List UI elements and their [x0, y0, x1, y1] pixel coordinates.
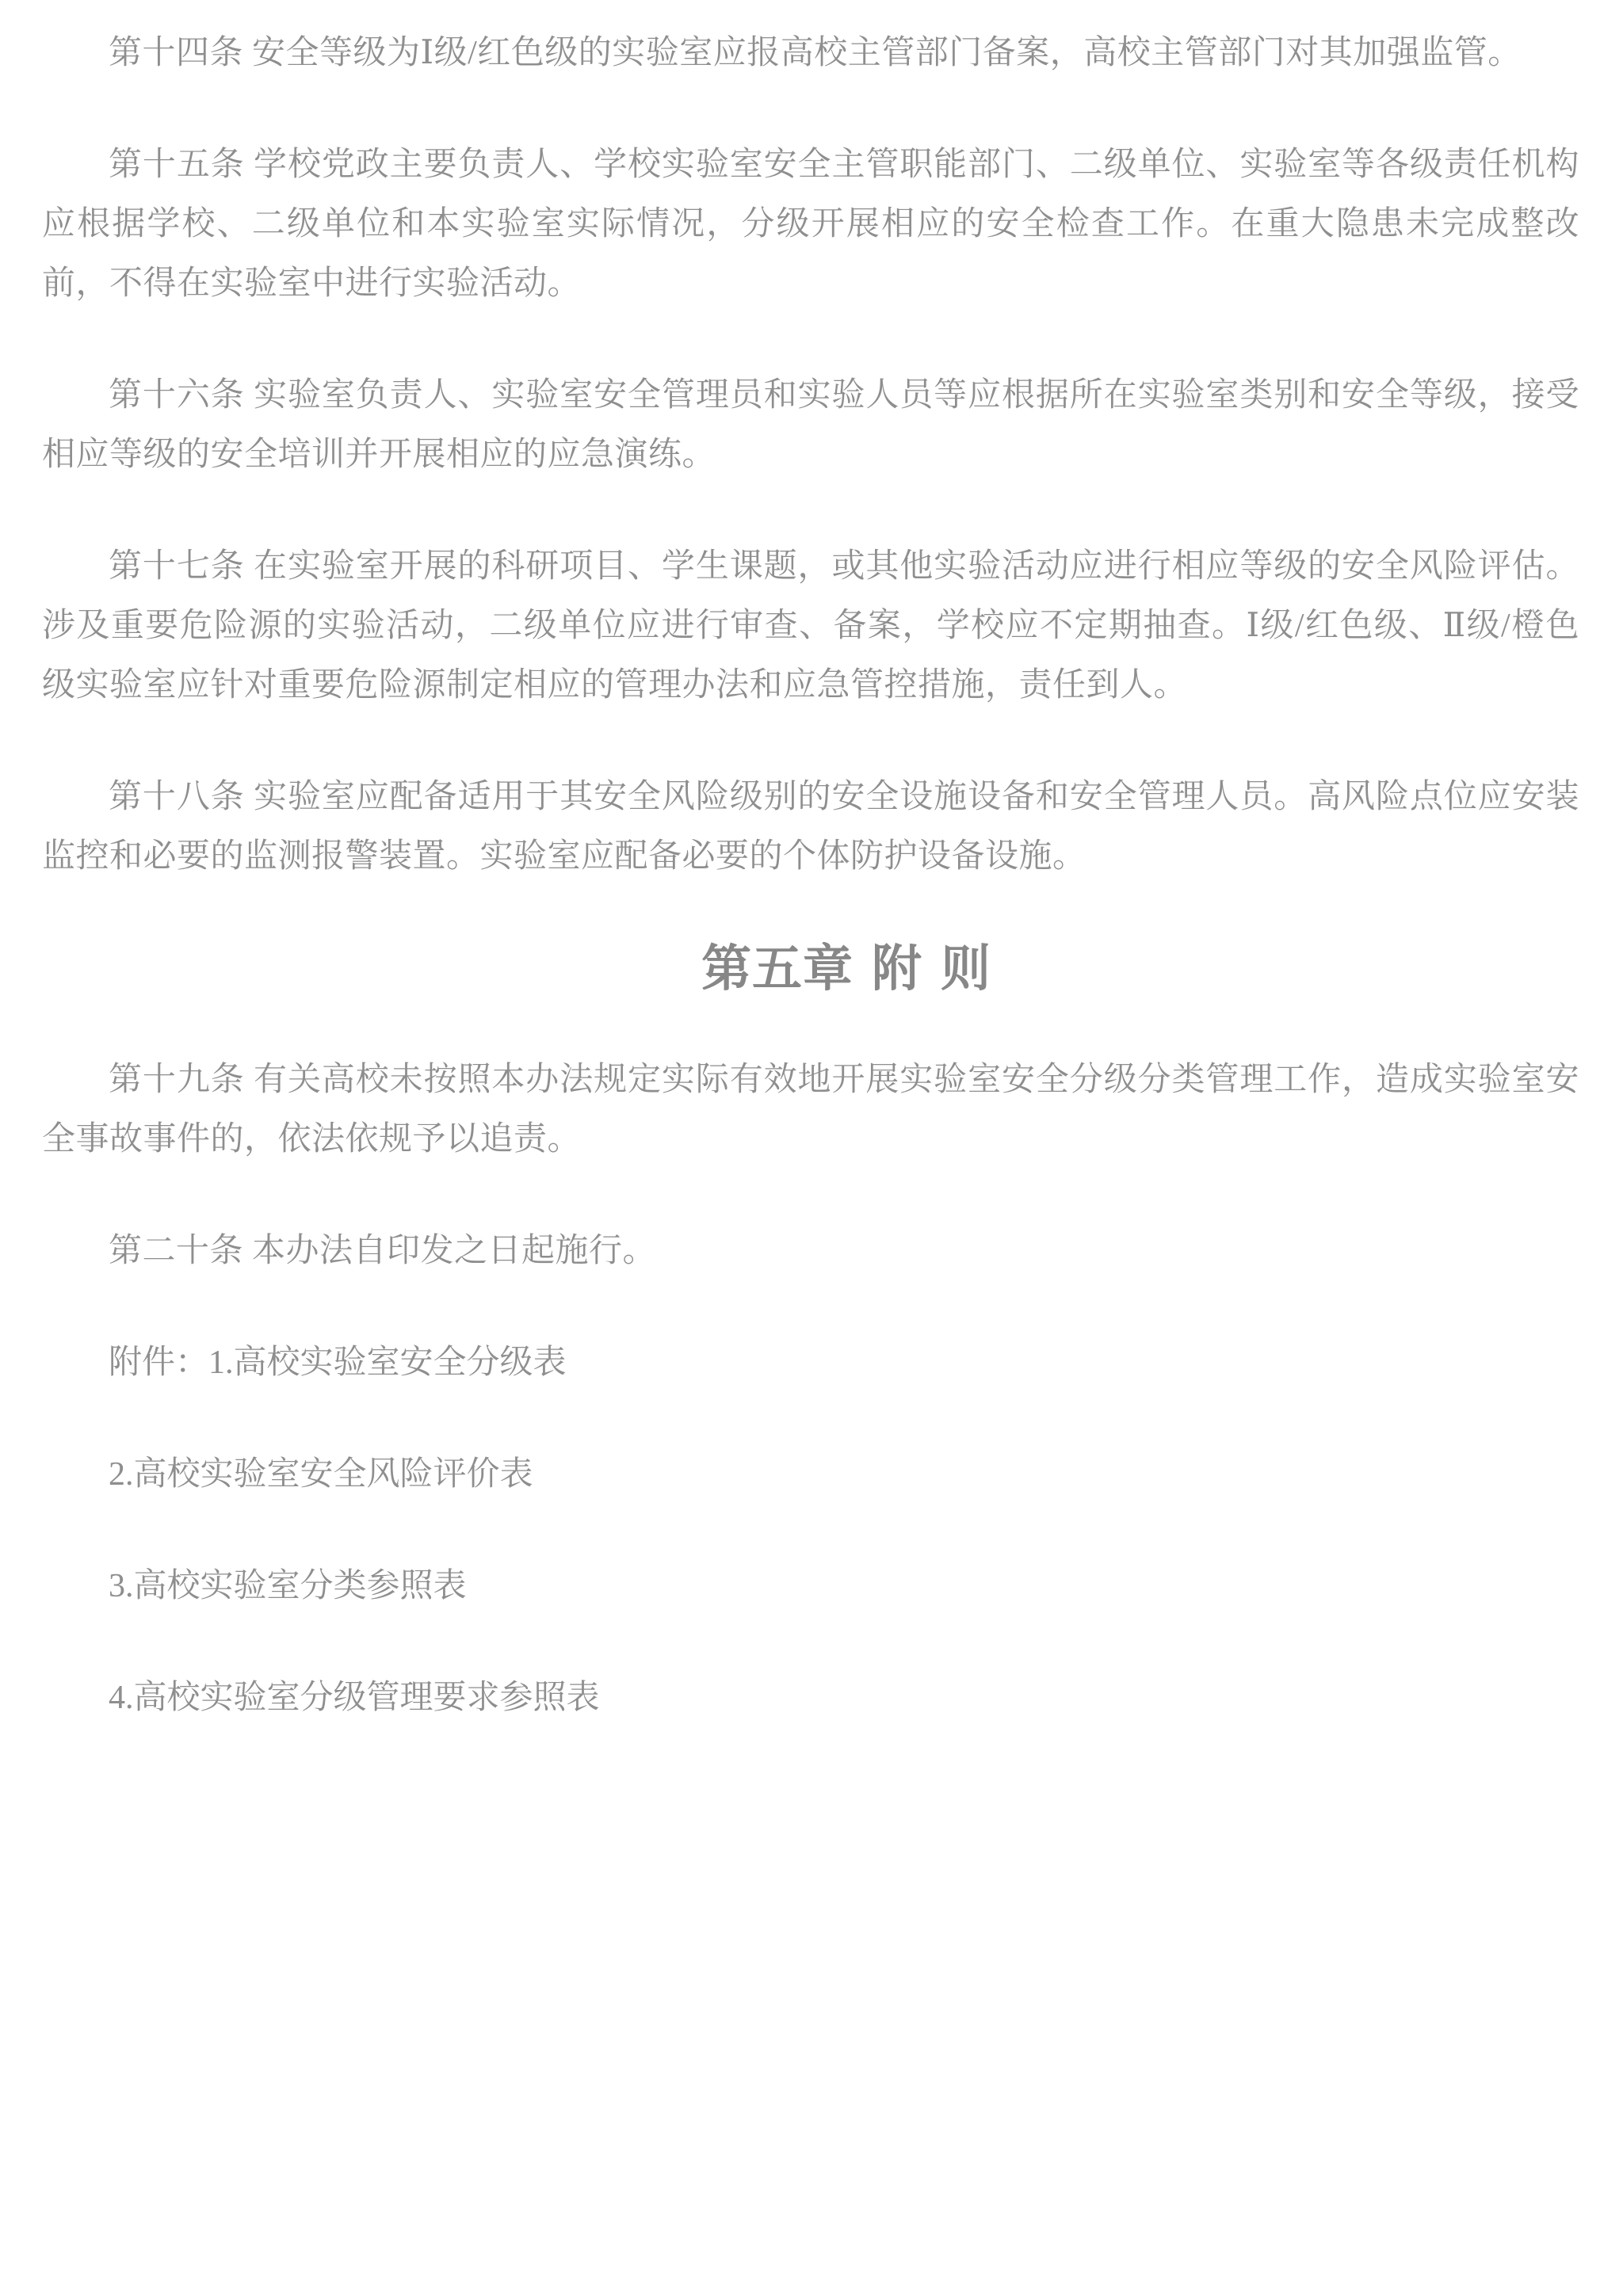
article-16: 第十六条 实验室负责人、实验室安全管理员和实验人员等应根据所在实验室类别和安全等…	[42, 366, 1579, 485]
attachment-item-1: 附件：1.高校实验室安全分级表	[42, 1333, 1579, 1393]
article-18: 第十八条 实验室应配备适用于其安全风险级别的安全设施设备和安全管理人员。高风险点…	[42, 768, 1579, 887]
article-14: 第十四条 安全等级为Ⅰ级/红色级的实验室应报高校主管部门备案，高校主管部门对其加…	[42, 24, 1579, 83]
chapter-heading: 第五章 附 则	[42, 939, 1579, 998]
document-page: 第十四条 安全等级为Ⅰ级/红色级的实验室应报高校主管部门备案，高校主管部门对其加…	[42, 24, 1579, 1780]
attachment-item-2: 2.高校实验室安全风险评价表	[42, 1445, 1579, 1505]
attachments-list: 附件：1.高校实验室安全分级表 2.高校实验室安全风险评价表 3.高校实验室分类…	[42, 1333, 1579, 1728]
attachment-item-3: 3.高校实验室分类参照表	[42, 1557, 1579, 1616]
article-20: 第二十条 本办法自印发之日起施行。	[42, 1222, 1579, 1281]
article-15: 第十五条 学校党政主要负责人、学校实验室安全主管职能部门、二级单位、实验室等各级…	[42, 135, 1579, 314]
attachment-item-4: 4.高校实验室分级管理要求参照表	[42, 1669, 1579, 1728]
article-17: 第十七条 在实验室开展的科研项目、学生课题，或其他实验活动应进行相应等级的安全风…	[42, 537, 1579, 715]
article-19: 第十九条 有关高校未按照本办法规定实际有效地开展实验室安全分级分类管理工作，造成…	[42, 1051, 1579, 1169]
